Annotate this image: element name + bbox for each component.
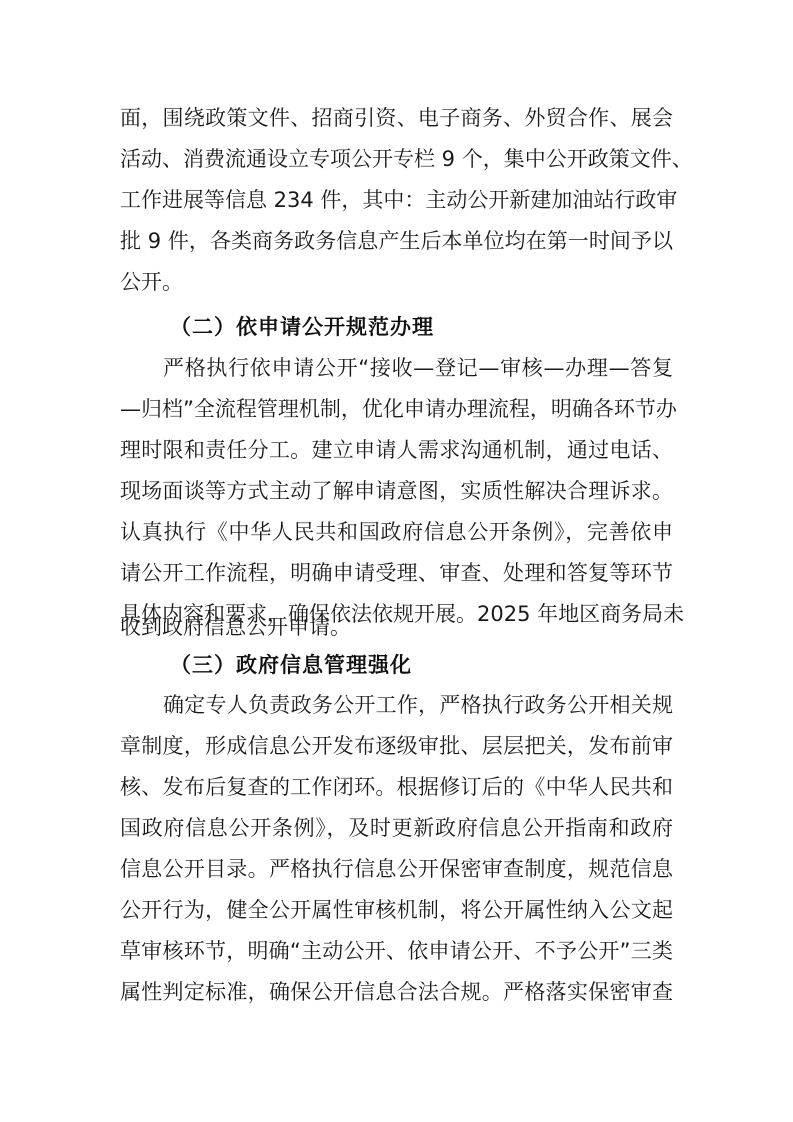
paragraph-line: 批 9 件，各类商务政务信息产生后本单位均在第一时间予以 [120, 226, 673, 256]
paragraph-line: 草审核环节，明确“主动公开、依申请公开、不予公开”三类 [120, 936, 673, 966]
paragraph-line: 核、发布后复查的工作闭环。根据修订后的《中华人民共和 [120, 772, 673, 802]
section-heading: （二）依申请公开规范办理 [170, 312, 434, 342]
document-page: 面，围绕政策文件、招商引资、电子商务、外贸合作、展会 活动、消费流通设立专项公开… [0, 0, 793, 1122]
paragraph-line: 章制度，形成信息公开发布逐级审批、层层把关，发布前审 [120, 731, 673, 761]
paragraph-line: 认真执行《中华人民共和国政府信息公开条例》，完善依申 [120, 517, 673, 547]
paragraph-line: 收到政府信息公开申请。 [120, 612, 673, 642]
paragraph-line: —归档”全流程管理机制，优化申请办理流程，明确各环节办 [120, 394, 673, 424]
paragraph-line: 严格执行依申请公开“接收—登记—审核—办理—答复 [163, 353, 673, 383]
paragraph-line: 面，围绕政策文件、招商引资、电子商务、外贸合作、展会 [120, 103, 673, 133]
paragraph-line: 属性判定标准，确保公开信息合法合规。严格落实保密审查 [120, 977, 673, 1007]
paragraph-line: 确定专人负责政务公开工作，严格执行政务公开相关规 [163, 690, 673, 720]
paragraph-line: 请公开工作流程，明确申请受理、审查、处理和答复等环节 [120, 558, 673, 588]
section-heading: （三）政府信息管理强化 [170, 650, 412, 680]
paragraph-line: 公开。 [120, 267, 673, 297]
paragraph-line: 信息公开目录。严格执行信息公开保密审查制度，规范信息 [120, 854, 673, 884]
paragraph-line: 公开行为，健全公开属性审核机制，将公开属性纳入公文起 [120, 895, 673, 925]
paragraph-line: 工作进展等信息 234 件，其中：主动公开新建加油站行政审 [120, 185, 673, 215]
paragraph-line: 理时限和责任分工。建立申请人需求沟通机制，通过电话、 [120, 435, 673, 465]
paragraph-line: 国政府信息公开条例》，及时更新政府信息公开指南和政府 [120, 813, 673, 843]
paragraph-line: 现场面谈等方式主动了解申请意图，实质性解决合理诉求。 [120, 476, 673, 506]
paragraph-line: 活动、消费流通设立专项公开专栏 9 个，集中公开政策文件、 [120, 144, 673, 174]
